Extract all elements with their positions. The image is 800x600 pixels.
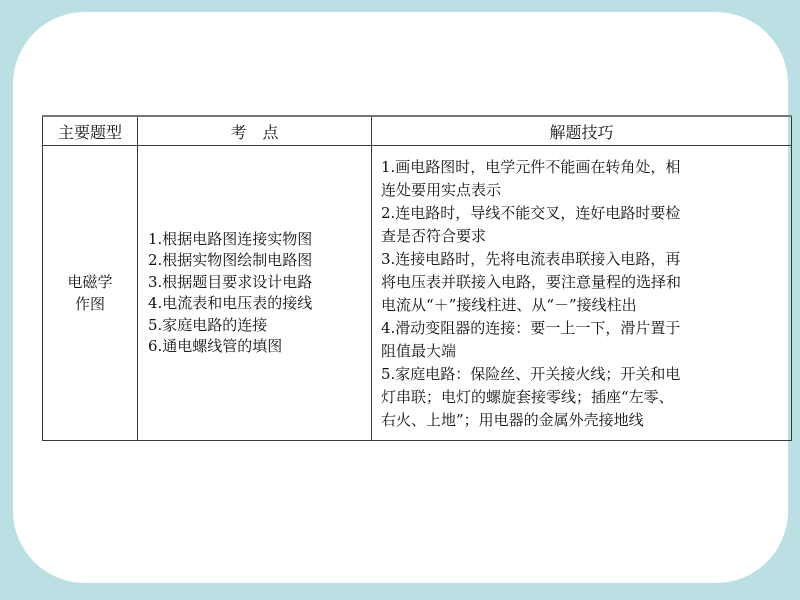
key-point-item: 5.家庭电路的连接 <box>148 315 371 337</box>
header-key-points: 考 点 <box>138 116 372 146</box>
tip-line: 查是否符合要求 <box>381 225 785 248</box>
tip-line: 灯串联；电灯的螺旋套接零线；插座“左零、 <box>381 386 785 409</box>
question-type-cell: 电磁学 作图 <box>43 146 138 441</box>
header-question-type: 主要题型 <box>43 116 138 146</box>
key-point-item: 1.根据电路图连接实物图 <box>148 229 371 251</box>
tip-line: 阻值最大端 <box>381 340 785 363</box>
slide-panel: 主要题型 考 点 解题技巧 电磁学 作图 1.根据电路图连接实物图 2.根据实物… <box>13 12 788 583</box>
tip-line: 连处要用实点表示 <box>381 179 785 202</box>
tip-line: 1.画电路图时，电学元件不能画在转角处，相 <box>381 156 785 179</box>
solving-tips-cell: 1.画电路图时，电学元件不能画在转角处，相 连处要用实点表示 2.连电路时，导线… <box>372 146 792 441</box>
tip-line: 5.家庭电路：保险丝、开关接火线；开关和电 <box>381 363 785 386</box>
tip-line: 右火、上地”；用电器的金属外壳接地线 <box>381 409 785 432</box>
question-type-line: 作图 <box>43 293 137 315</box>
tip-line: 2.连电路时，导线不能交叉，连好电路时要检 <box>381 202 785 225</box>
table-header-row: 主要题型 考 点 解题技巧 <box>43 116 792 146</box>
key-point-item: 6.通电螺线管的填图 <box>148 336 371 358</box>
question-type-line: 电磁学 <box>43 271 137 293</box>
summary-table: 主要题型 考 点 解题技巧 电磁学 作图 1.根据电路图连接实物图 2.根据实物… <box>42 115 792 441</box>
table-row: 电磁学 作图 1.根据电路图连接实物图 2.根据实物图绘制电路图 3.根据题目要… <box>43 146 792 441</box>
tip-line: 将电压表并联接入电路，要注意量程的选择和 <box>381 271 785 294</box>
key-point-item: 4.电流表和电压表的接线 <box>148 293 371 315</box>
tip-line: 3.连接电路时，先将电流表串联接入电路，再 <box>381 248 785 271</box>
header-solving-tips: 解题技巧 <box>372 116 792 146</box>
key-point-item: 3.根据题目要求设计电路 <box>148 272 371 294</box>
key-points-cell: 1.根据电路图连接实物图 2.根据实物图绘制电路图 3.根据题目要求设计电路 4… <box>138 146 372 441</box>
tip-line: 电流从“＋”接线柱进、从“－”接线柱出 <box>381 294 785 317</box>
tip-line: 4.滑动变阻器的连接：要一上一下，滑片置于 <box>381 317 785 340</box>
key-point-item: 2.根据实物图绘制电路图 <box>148 250 371 272</box>
